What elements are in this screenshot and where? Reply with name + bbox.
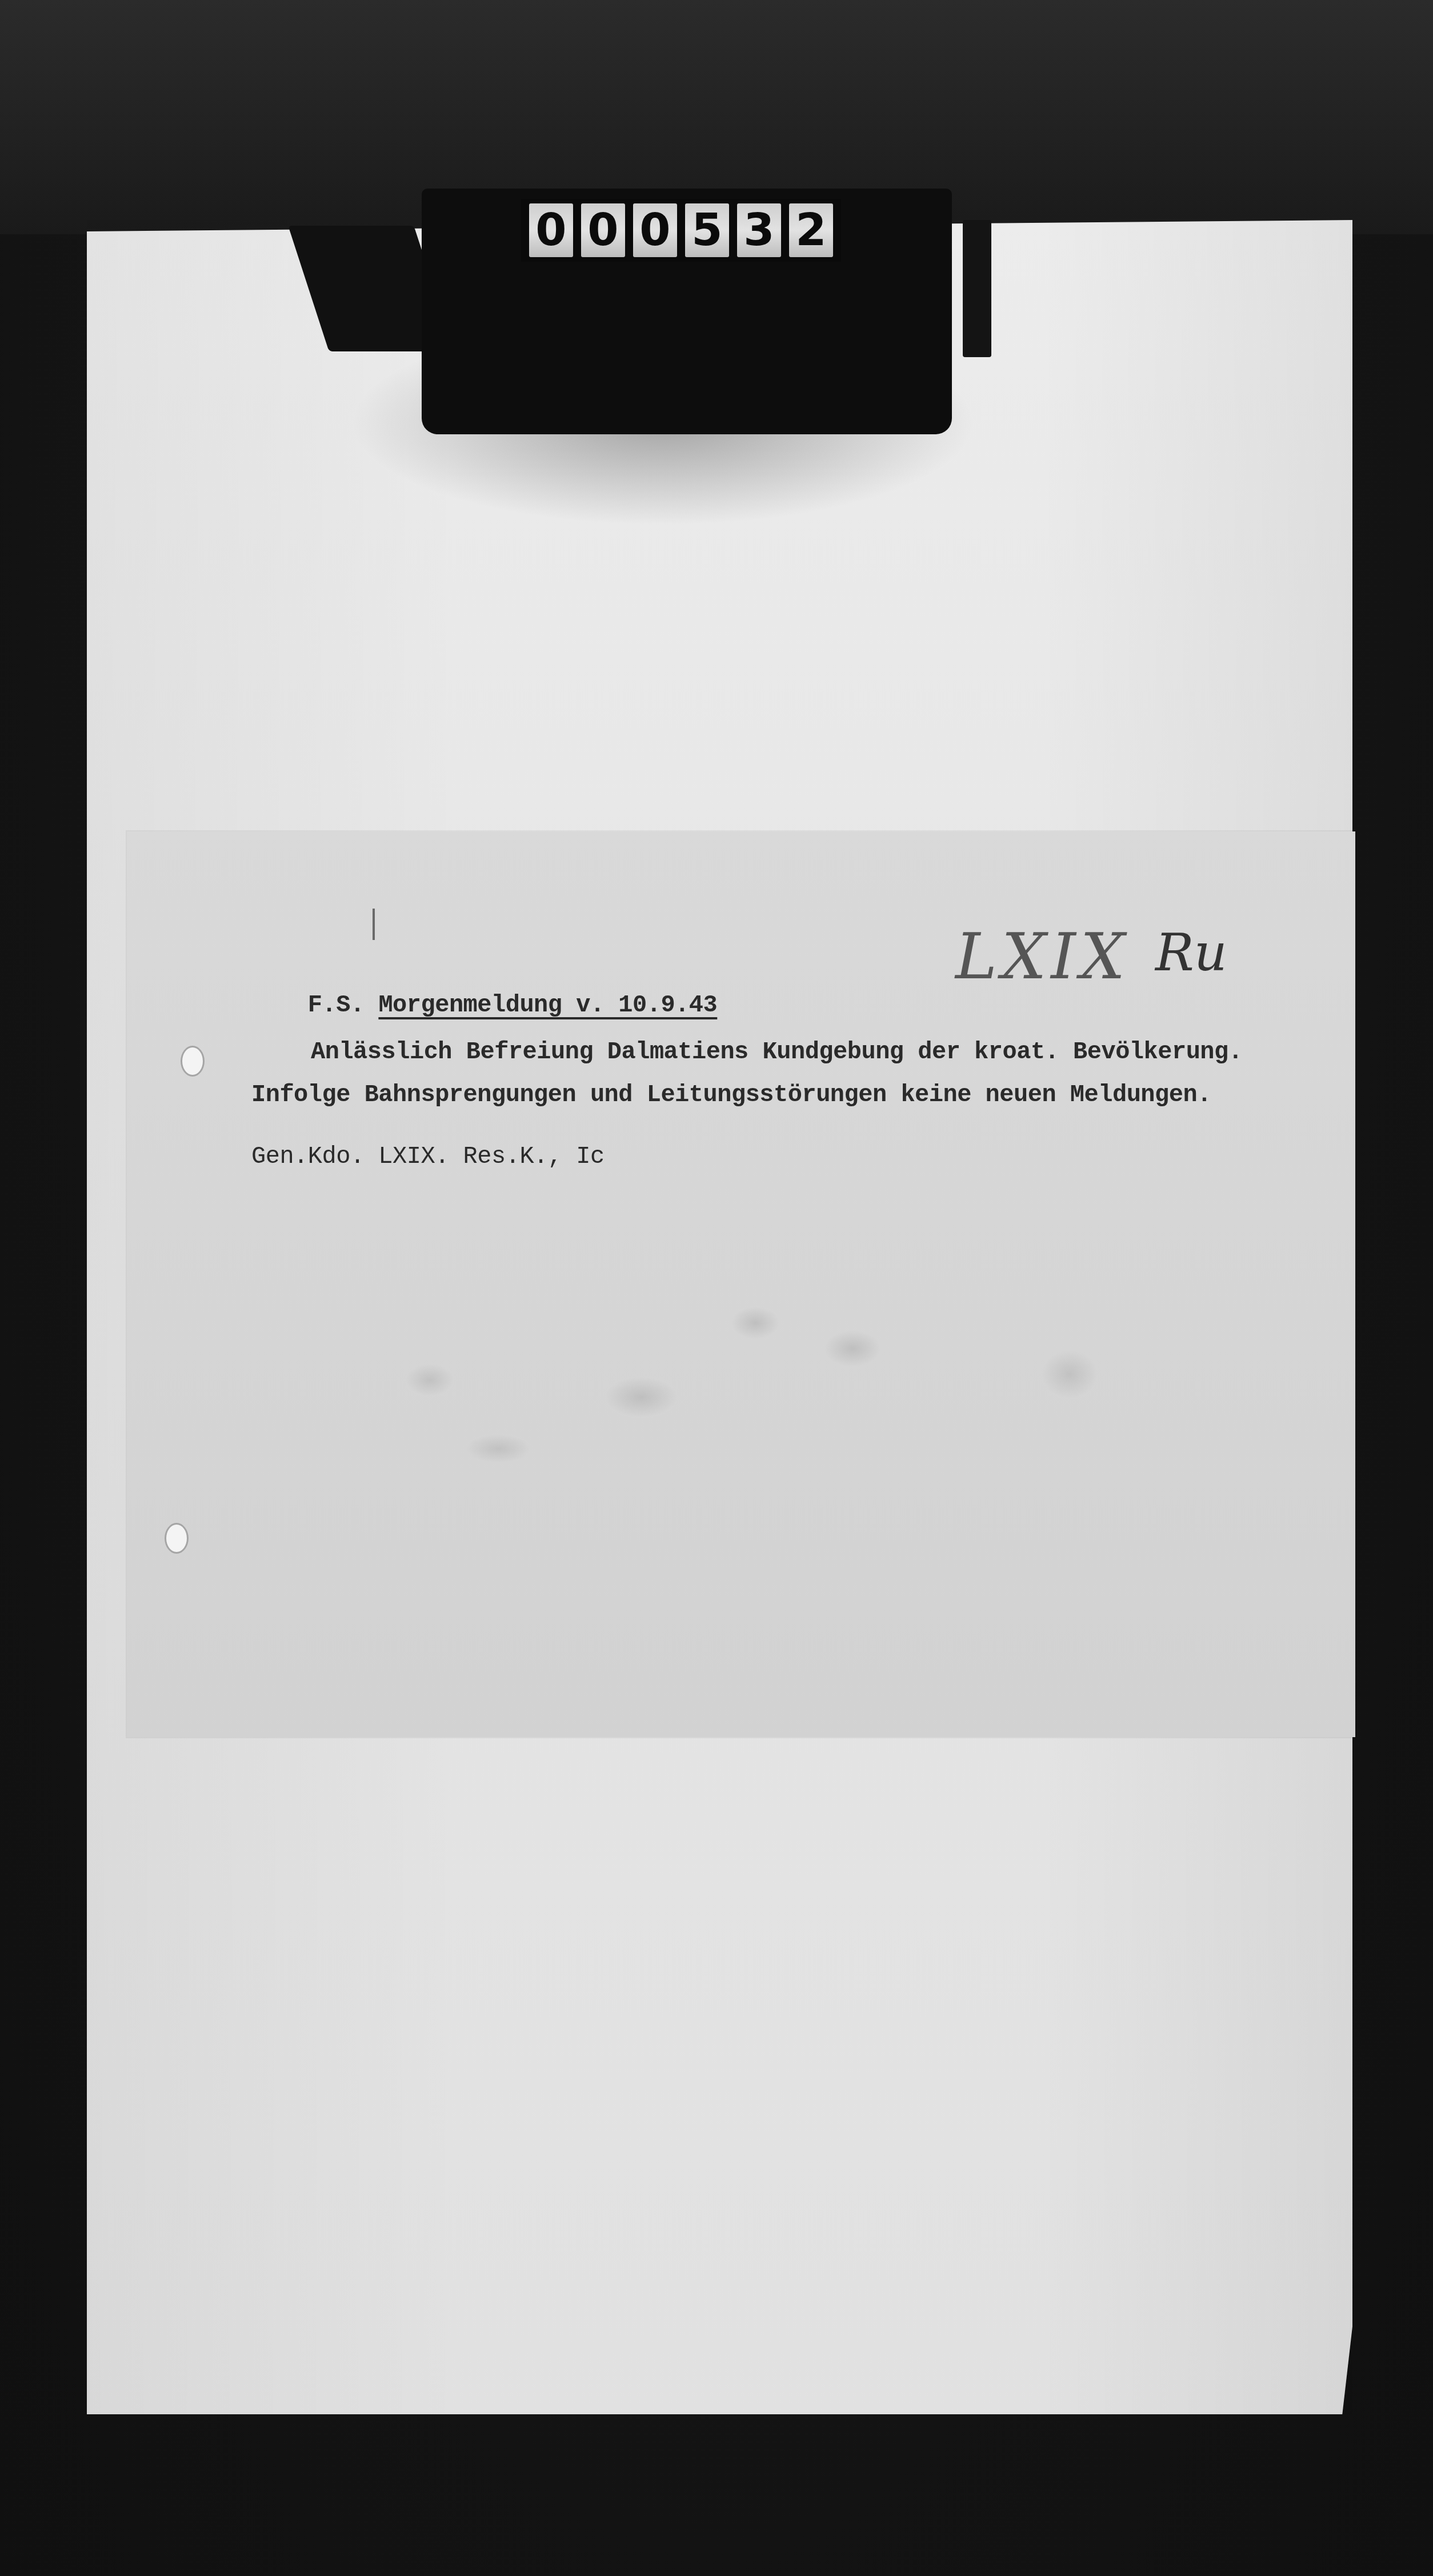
frame-counter-display: 0 0 0 5 3 2 <box>521 199 841 262</box>
message-prefix: F.S. <box>308 991 365 1019</box>
punch-hole-icon <box>181 1046 205 1077</box>
handwritten-corps-numeral: LXIX <box>955 920 1130 993</box>
pencil-tick-mark <box>373 909 375 940</box>
counter-digit: 0 <box>581 203 625 257</box>
message-subject: Morgenmeldung v. 10.9.43 <box>378 991 717 1019</box>
counter-digit: 0 <box>529 203 573 257</box>
punch-hole-icon <box>165 1523 189 1554</box>
counter-digit: 5 <box>685 203 729 257</box>
counter-digit: 2 <box>789 203 833 257</box>
body-line: Anlässlich Befreiung Dalmatiens Kundgebu… <box>311 1038 1242 1066</box>
signature-line: Gen.Kdo. LXIX. Res.K., Ic <box>251 1143 605 1170</box>
body-line: Infolge Bahnsprengungen und Leitungsstör… <box>251 1081 1211 1109</box>
counter-digit: 3 <box>737 203 781 257</box>
handwritten-initials: Ru <box>1155 923 1227 983</box>
counter-digit: 0 <box>633 203 677 257</box>
counter-side-knob <box>963 220 991 357</box>
message-header: F.S. Morgenmeldung v. 10.9.43 <box>251 964 717 1046</box>
telegram-slip: F.S. Morgenmeldung v. 10.9.43 LXIX Ru An… <box>127 831 1355 1737</box>
